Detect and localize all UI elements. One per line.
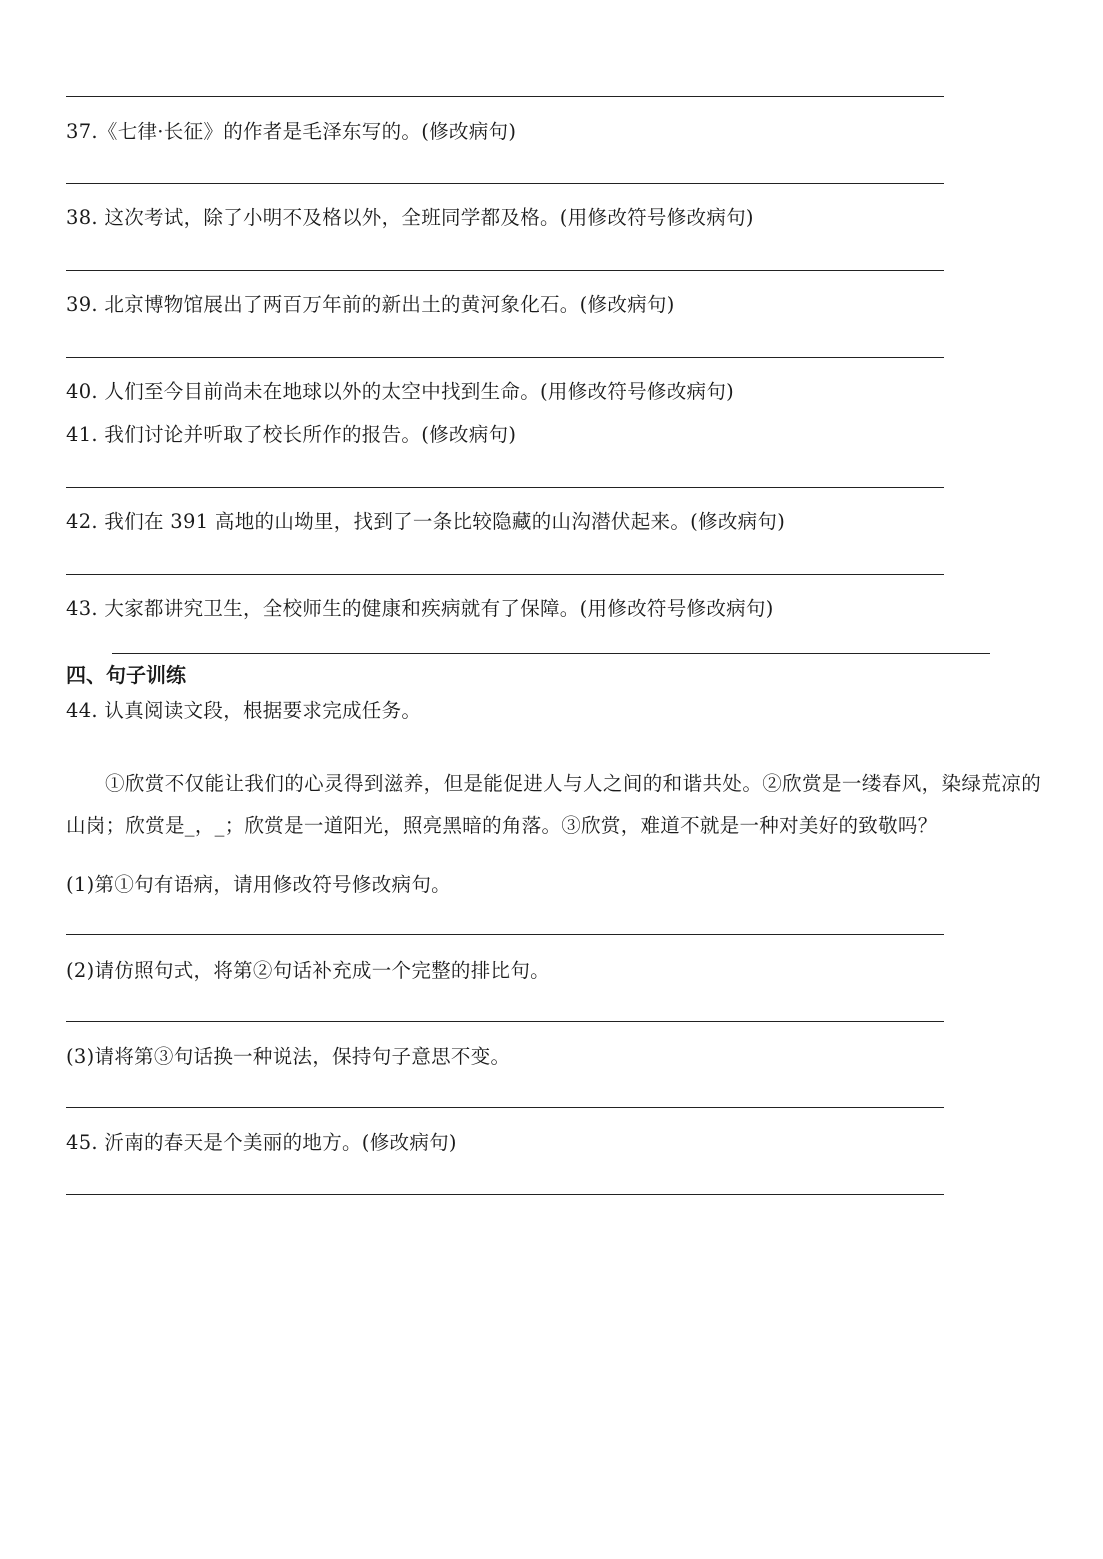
answer-line-q38[interactable]: [66, 270, 944, 271]
answer-line-q41[interactable]: [66, 487, 944, 488]
question-44-passage: ①欣赏不仅能让我们的心灵得到滋养，但是能促进人与人之间的和谐共处。②欣赏是一缕春…: [66, 763, 1041, 847]
answer-line-q44-1[interactable]: [66, 934, 944, 935]
question-37: 37.《七律·长征》的作者是毛泽东写的。(修改病句): [66, 119, 516, 145]
question-42: 42. 我们在 391 高地的山坳里，找到了一条比较隐藏的山沟潜伏起来。(修改病…: [66, 509, 785, 535]
question-41: 41. 我们讨论并听取了校长所作的报告。(修改病句): [66, 422, 516, 448]
question-43: 43. 大家都讲究卫生，全校师生的健康和疾病就有了保障。(用修改符号修改病句): [66, 596, 774, 622]
question-44-sub-3: (3)请将第③句话换一种说法，保持句子意思不变。: [66, 1044, 510, 1070]
answer-line-q43[interactable]: [112, 653, 990, 654]
question-44-sub-1: (1)第①句有语病，请用修改符号修改病句。: [66, 872, 451, 898]
section-heading: 四、句子训练: [66, 662, 186, 688]
answer-line-q36[interactable]: [66, 96, 944, 97]
question-45: 45. 沂南的春天是个美丽的地方。(修改病句): [66, 1130, 457, 1156]
answer-line-q44-2[interactable]: [66, 1021, 944, 1022]
question-40: 40. 人们至今目前尚未在地球以外的太空中找到生命。(用修改符号修改病句): [66, 379, 734, 405]
answer-line-q44-3[interactable]: [66, 1107, 944, 1108]
answer-line-q37[interactable]: [66, 183, 944, 184]
question-44-sub-2: (2)请仿照句式，将第②句话补充成一个完整的排比句。: [66, 958, 550, 984]
question-44-prompt: 44. 认真阅读文段，根据要求完成任务。: [66, 698, 421, 724]
question-39: 39. 北京博物馆展出了两百万年前的新出土的黄河象化石。(修改病句): [66, 292, 675, 318]
answer-line-q45[interactable]: [66, 1194, 944, 1195]
answer-line-q42[interactable]: [66, 574, 944, 575]
question-38: 38. 这次考试，除了小明不及格以外，全班同学都及格。(用修改符号修改病句): [66, 205, 754, 231]
answer-line-q39[interactable]: [66, 357, 944, 358]
